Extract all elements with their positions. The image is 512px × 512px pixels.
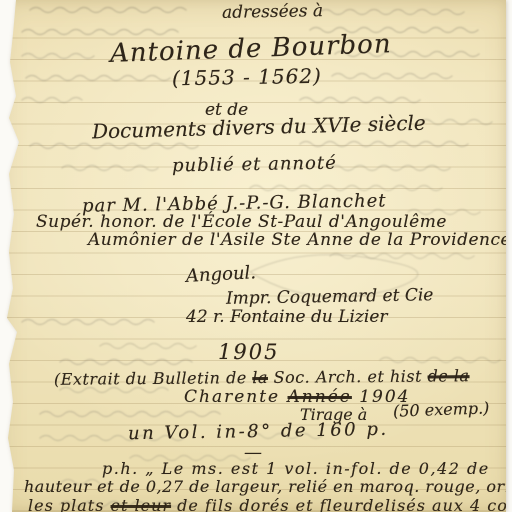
manuscript-line-year: 1905: [218, 342, 279, 363]
manuscript-line-printer-address: 42 r. Fontaine du Lizier: [186, 309, 388, 326]
manuscript-line-separator-dash: —: [244, 444, 262, 462]
manuscript-line-author-title-2: Aumônier de l'Asile Ste Anne de la Provi…: [88, 232, 511, 249]
manuscript-line-volume-format: un Vol. in-8° de 160 p.: [128, 421, 389, 444]
manuscript-line-charente-annee: Charente Année 1904: [184, 389, 411, 406]
tirage-label: Tirage à: [300, 405, 367, 424]
manuscript-line-note-2: hauteur et de 0,27 de largeur, relié en …: [24, 479, 512, 495]
manuscript-line-author: par M. l'Abbé J.-P.-G. Blanchet: [82, 192, 387, 215]
manuscript-line-et-de: et de: [205, 102, 248, 119]
manuscript-line-extrait-bulletin: (Extrait du Bulletin de la Soc. Arch. et…: [54, 368, 470, 388]
paper-wrap: adressées à Antoine de Bourbon (1553 - 1…: [0, 0, 512, 512]
manuscript-line-title-antoine-de-bourbon: Antoine de Bourbon: [110, 31, 392, 67]
note3-post: de fils dorés et fleurdelisés aux 4 coi: [171, 496, 512, 512]
charente-post: 1904: [352, 387, 411, 407]
manuscript-line-author-title-1: Supér. honor. de l'École St-Paul d'Angou…: [36, 214, 447, 231]
manuscript-line-printer: Impr. Coquemard et Cie: [226, 287, 434, 308]
manuscript-paper: adressées à Antoine de Bourbon (1553 - 1…: [0, 0, 512, 512]
ink-bleedthrough-layer: [0, 0, 512, 512]
note3-pre: les plats: [28, 496, 111, 512]
extrait-mid: Soc. Arch. et hist: [268, 367, 428, 387]
manuscript-line-tirage: Tirage à(50 exemp.): [300, 407, 490, 423]
charente-pre: Charente: [184, 387, 288, 407]
manuscript-line-note-3: les plats et leur de fils dorés et fleur…: [28, 498, 512, 512]
manuscript-line-city: Angoul.: [186, 264, 257, 286]
extrait-pre: (Extrait du Bulletin de: [54, 368, 252, 389]
manuscript-line-documents-divers: Documents divers du XVIe siècle: [92, 113, 426, 142]
manuscript-line-addressed-to: adressées à: [222, 3, 323, 22]
extrait-struck-1: la: [252, 368, 268, 387]
manuscript-line-note-1: p.h. „ Le ms. est 1 vol. in-fol. de 0,42…: [102, 461, 490, 477]
extrait-struck-2: de la: [427, 366, 469, 385]
manuscript-line-publie-annote: publié et annoté: [172, 155, 337, 176]
note3-struck: et leur: [111, 496, 172, 512]
tirage-note: (50 exemp.): [393, 400, 490, 419]
manuscript-line-dates: (1553 - 1562): [172, 66, 322, 89]
charente-struck: Année: [288, 387, 352, 407]
scanned-page: adressées à Antoine de Bourbon (1553 - 1…: [0, 0, 512, 512]
